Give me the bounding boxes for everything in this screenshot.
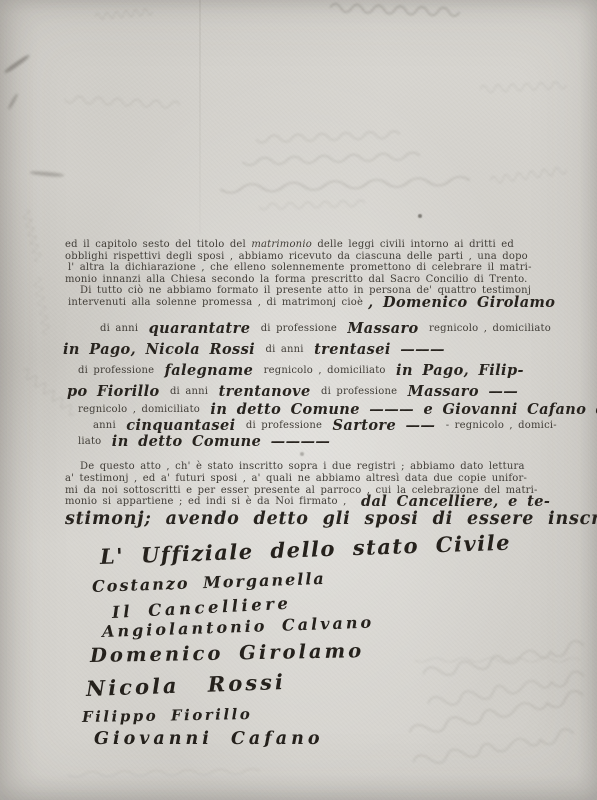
signature: Costanzo Morganella <box>92 569 326 596</box>
handwritten-entry: in Pago, Nicola Rossi <box>63 341 255 358</box>
document-line: l' altra la dichiarazione , che elleno s… <box>68 262 532 274</box>
printed-text: obblighi rispettivi degli sposi , abbiam… <box>65 251 528 262</box>
printed-text: di anni <box>260 344 309 355</box>
document-line: regnicolo , domiciliato in detto Comune … <box>78 404 597 416</box>
document-line: di professione falegname regnicolo , dom… <box>78 365 529 377</box>
handwritten-entry: trentanove <box>219 383 311 400</box>
handwritten-entry: quarantatre <box>149 320 251 337</box>
printed-text: regnicolo , domiciliato <box>424 323 551 334</box>
printed-text: delle leggi civili intorno ai dritti ed <box>312 239 514 250</box>
printed-text: regnicolo , domiciliato <box>258 365 391 376</box>
printed-text: De questo atto , ch' è stato inscritto s… <box>80 461 525 472</box>
document-line: a' testimonj , ed a' futuri sposi , a' q… <box>65 473 527 485</box>
signature: Nicola Rossi <box>86 669 287 701</box>
printed-text: di professione <box>255 323 342 334</box>
printed-text: intervenuti alla solenne promessa , di m… <box>68 297 363 308</box>
document-line: in Pago, Nicola Rossi di anni trentasei … <box>58 344 450 356</box>
printed-text: anni <box>93 420 121 431</box>
handwritten-entry: in Pago, Filip- <box>396 362 524 379</box>
document-line: po Fiorillo di anni trentanove di profes… <box>62 386 523 398</box>
printed-text: monio si appartiene ; ed indi si è da No… <box>65 496 347 507</box>
document-line: monio innanzi alla Chiesa secondo la for… <box>65 274 528 286</box>
printed-text: - regnicolo , domici- <box>440 420 557 431</box>
printed-text: di anni <box>100 323 144 334</box>
document-line: De questo atto , ch' è stato inscritto s… <box>80 461 525 473</box>
printed-text: di anni <box>165 386 214 397</box>
document-line: liato in detto Comune ———— <box>78 436 335 448</box>
handwritten-entry: Sartore —— <box>333 417 436 434</box>
handwritten-entry: trentasei ——— <box>314 341 445 358</box>
handwritten-entry: in detto Comune ——— e Giovanni Cafano di <box>210 401 597 418</box>
printed-text: regnicolo , domiciliato <box>78 404 205 415</box>
officiant-title-handwritten: L' Uffiziale dello stato Civile <box>100 530 512 569</box>
handwritten-entry: falegname <box>165 362 254 379</box>
printed-text: ed il capitolo sesto del titolo del <box>65 239 251 250</box>
printed-text: a' testimonj , ed a' futuri sposi , a' q… <box>65 473 527 484</box>
document-line: obblighi rispettivi degli sposi , abbiam… <box>65 251 528 263</box>
handwritten-entry: , Domenico Girolamo <box>368 294 555 311</box>
handwritten-entry: dal Cancelliere, e te- <box>352 493 551 510</box>
printed-text: l' altra la dichiarazione , che elleno s… <box>68 262 532 273</box>
document-line: ed il capitolo sesto del titolo del matr… <box>65 239 514 251</box>
printed-text: liato <box>78 436 107 447</box>
signature: Filippo Fiorillo <box>82 705 253 726</box>
document-text: ed il capitolo sesto del titolo del matr… <box>0 0 597 800</box>
printed-text: matrimonio <box>251 239 312 250</box>
document-line: anni cinquantasei di professione Sartore… <box>93 420 557 432</box>
handwritten-entry: in detto Comune ———— <box>112 433 331 450</box>
document-line: monio si appartiene ; ed indi si è da No… <box>65 496 555 508</box>
handwritten-entry: stimonj; avendo detto gli sposi di esser… <box>65 509 597 529</box>
signature: Giovanni Cafano <box>94 729 324 749</box>
document-line: di anni quarantatre di professione Massa… <box>100 323 551 335</box>
document-line: stimonj; avendo detto gli sposi di esser… <box>60 513 597 525</box>
handwritten-entry: Massaro —— <box>408 383 519 400</box>
printed-text: di professione <box>316 386 403 397</box>
document-line: intervenuti alla solenne promessa , di m… <box>68 297 560 309</box>
handwritten-entry: Massaro <box>347 320 418 337</box>
handwritten-entry: po Fiorillo <box>67 383 160 400</box>
handwritten-entry: cinquantasei <box>126 417 235 434</box>
printed-text: monio innanzi alla Chiesa secondo la for… <box>65 274 528 285</box>
printed-text: di professione <box>241 420 328 431</box>
scanned-document-page: ed il capitolo sesto del titolo del matr… <box>0 0 597 800</box>
printed-text: di professione <box>78 365 160 376</box>
signature: Domenico Girolamo <box>90 639 365 667</box>
